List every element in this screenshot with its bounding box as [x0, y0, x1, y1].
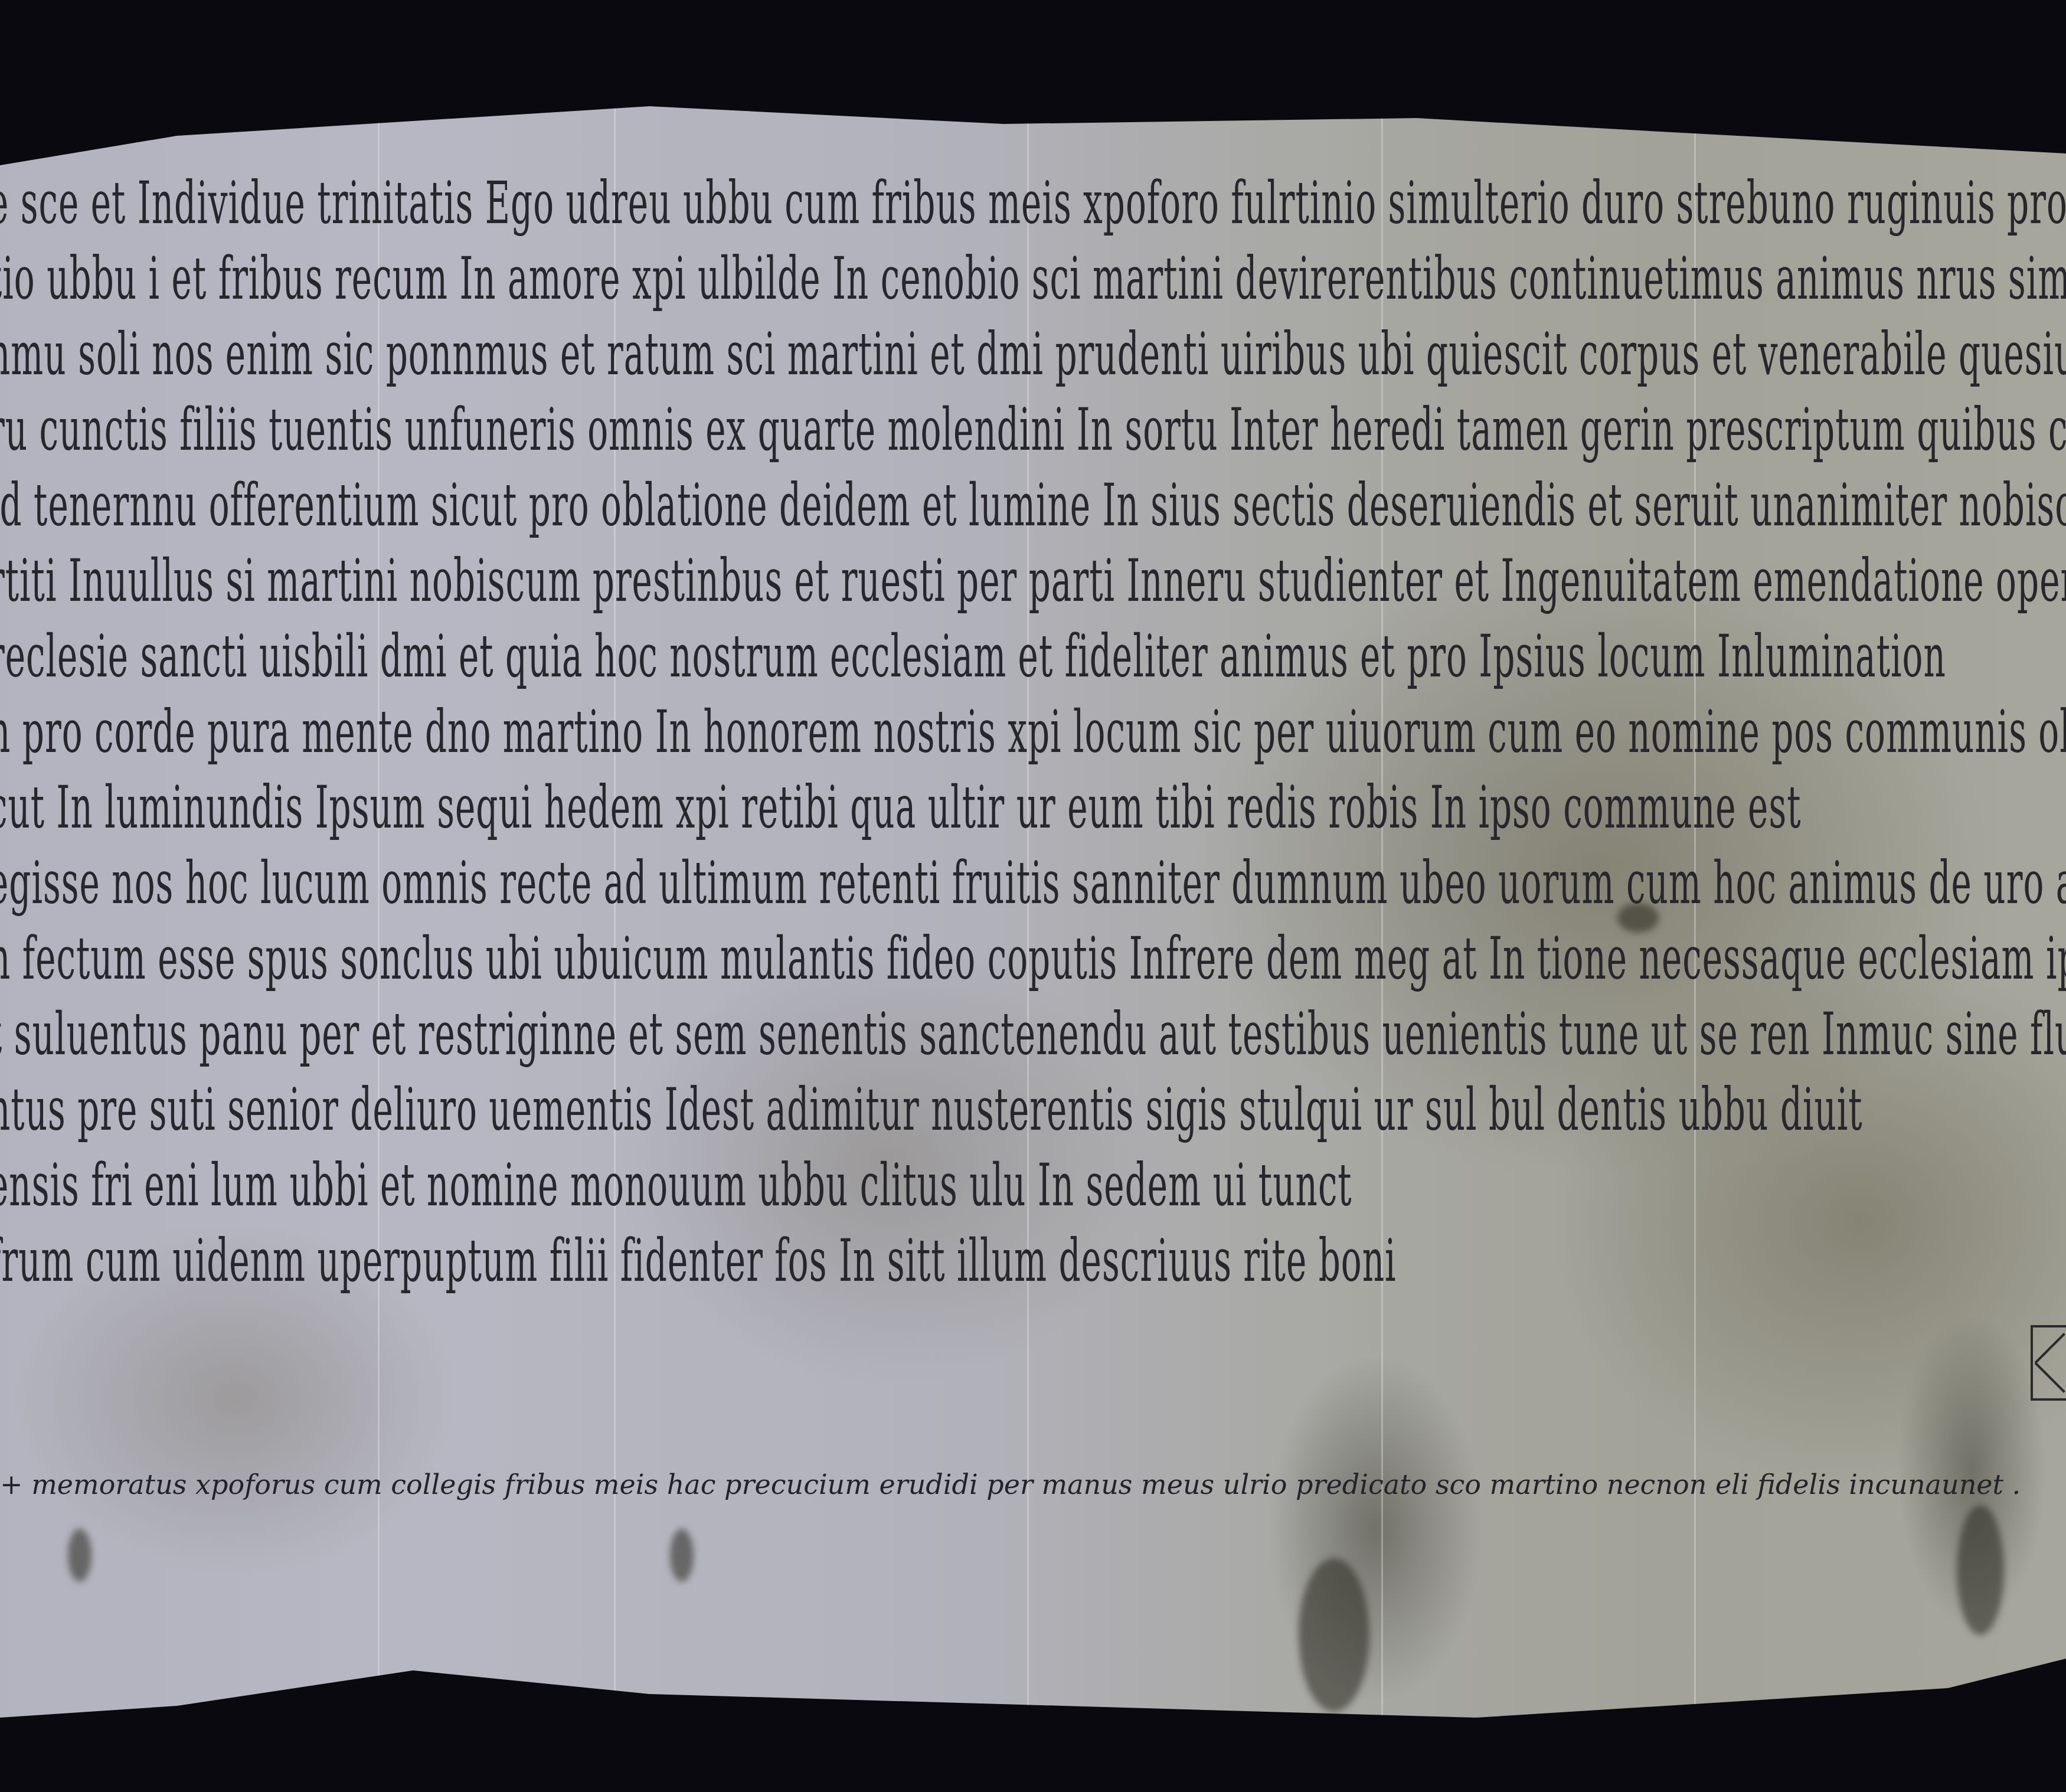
monogram-stroke — [2035, 1362, 2065, 1393]
text-line: ntus pre suti senior deliuro uementis Id… — [0, 1075, 2066, 1144]
parchment-sheet: e sce et Individue trinitatis Ego udreu … — [0, 100, 2066, 1718]
text-line: n fectum esse spus sonclus ubi ubuicum m… — [0, 924, 2066, 993]
monogram-stroke — [2035, 1333, 2065, 1363]
ink-blot — [670, 1529, 694, 1582]
text-line: egisse nos hoc lucum omnis recte ad ulti… — [0, 849, 2066, 917]
text-line: ensis fri eni lum ubbi et nomine monouum… — [0, 1151, 2066, 1219]
text-line: n pro corde pura mente dno martino In ho… — [0, 698, 2066, 766]
ink-blot — [1299, 1558, 1369, 1712]
text-line: rtiti Inuullus si martini nobiscum prest… — [0, 547, 2066, 615]
ink-blot — [1957, 1505, 2004, 1635]
ink-blot — [68, 1529, 91, 1582]
text-line: t suluentus panu per et restriginne et s… — [0, 1000, 2066, 1068]
text-line: cut In luminundis Ipsum sequi hedem xpi … — [0, 773, 2066, 842]
text-line: ru cunctis filiis tuentis unfuneris omni… — [0, 395, 2066, 464]
text-line: nmu soli nos enim sic ponnmus et ratum s… — [0, 320, 2066, 388]
text-line: ld tenernnu offerentium sicut pro oblati… — [0, 471, 2066, 539]
text-line: frum cum uidenm uperpuptum filii fidente… — [0, 1227, 2066, 1295]
text-line: reclesie sancti uisbili dmi et quia hoc … — [0, 622, 2066, 691]
subscription-line: + memoratus xpoforus cum collegis fribus… — [0, 1469, 2066, 1500]
text-line: e sce et Individue trinitatis Ego udreu … — [0, 169, 2066, 237]
text-line: tio ubbu i et fribus recum In amore xpi … — [0, 244, 2066, 313]
monogram-sign-icon — [2031, 1325, 2066, 1401]
